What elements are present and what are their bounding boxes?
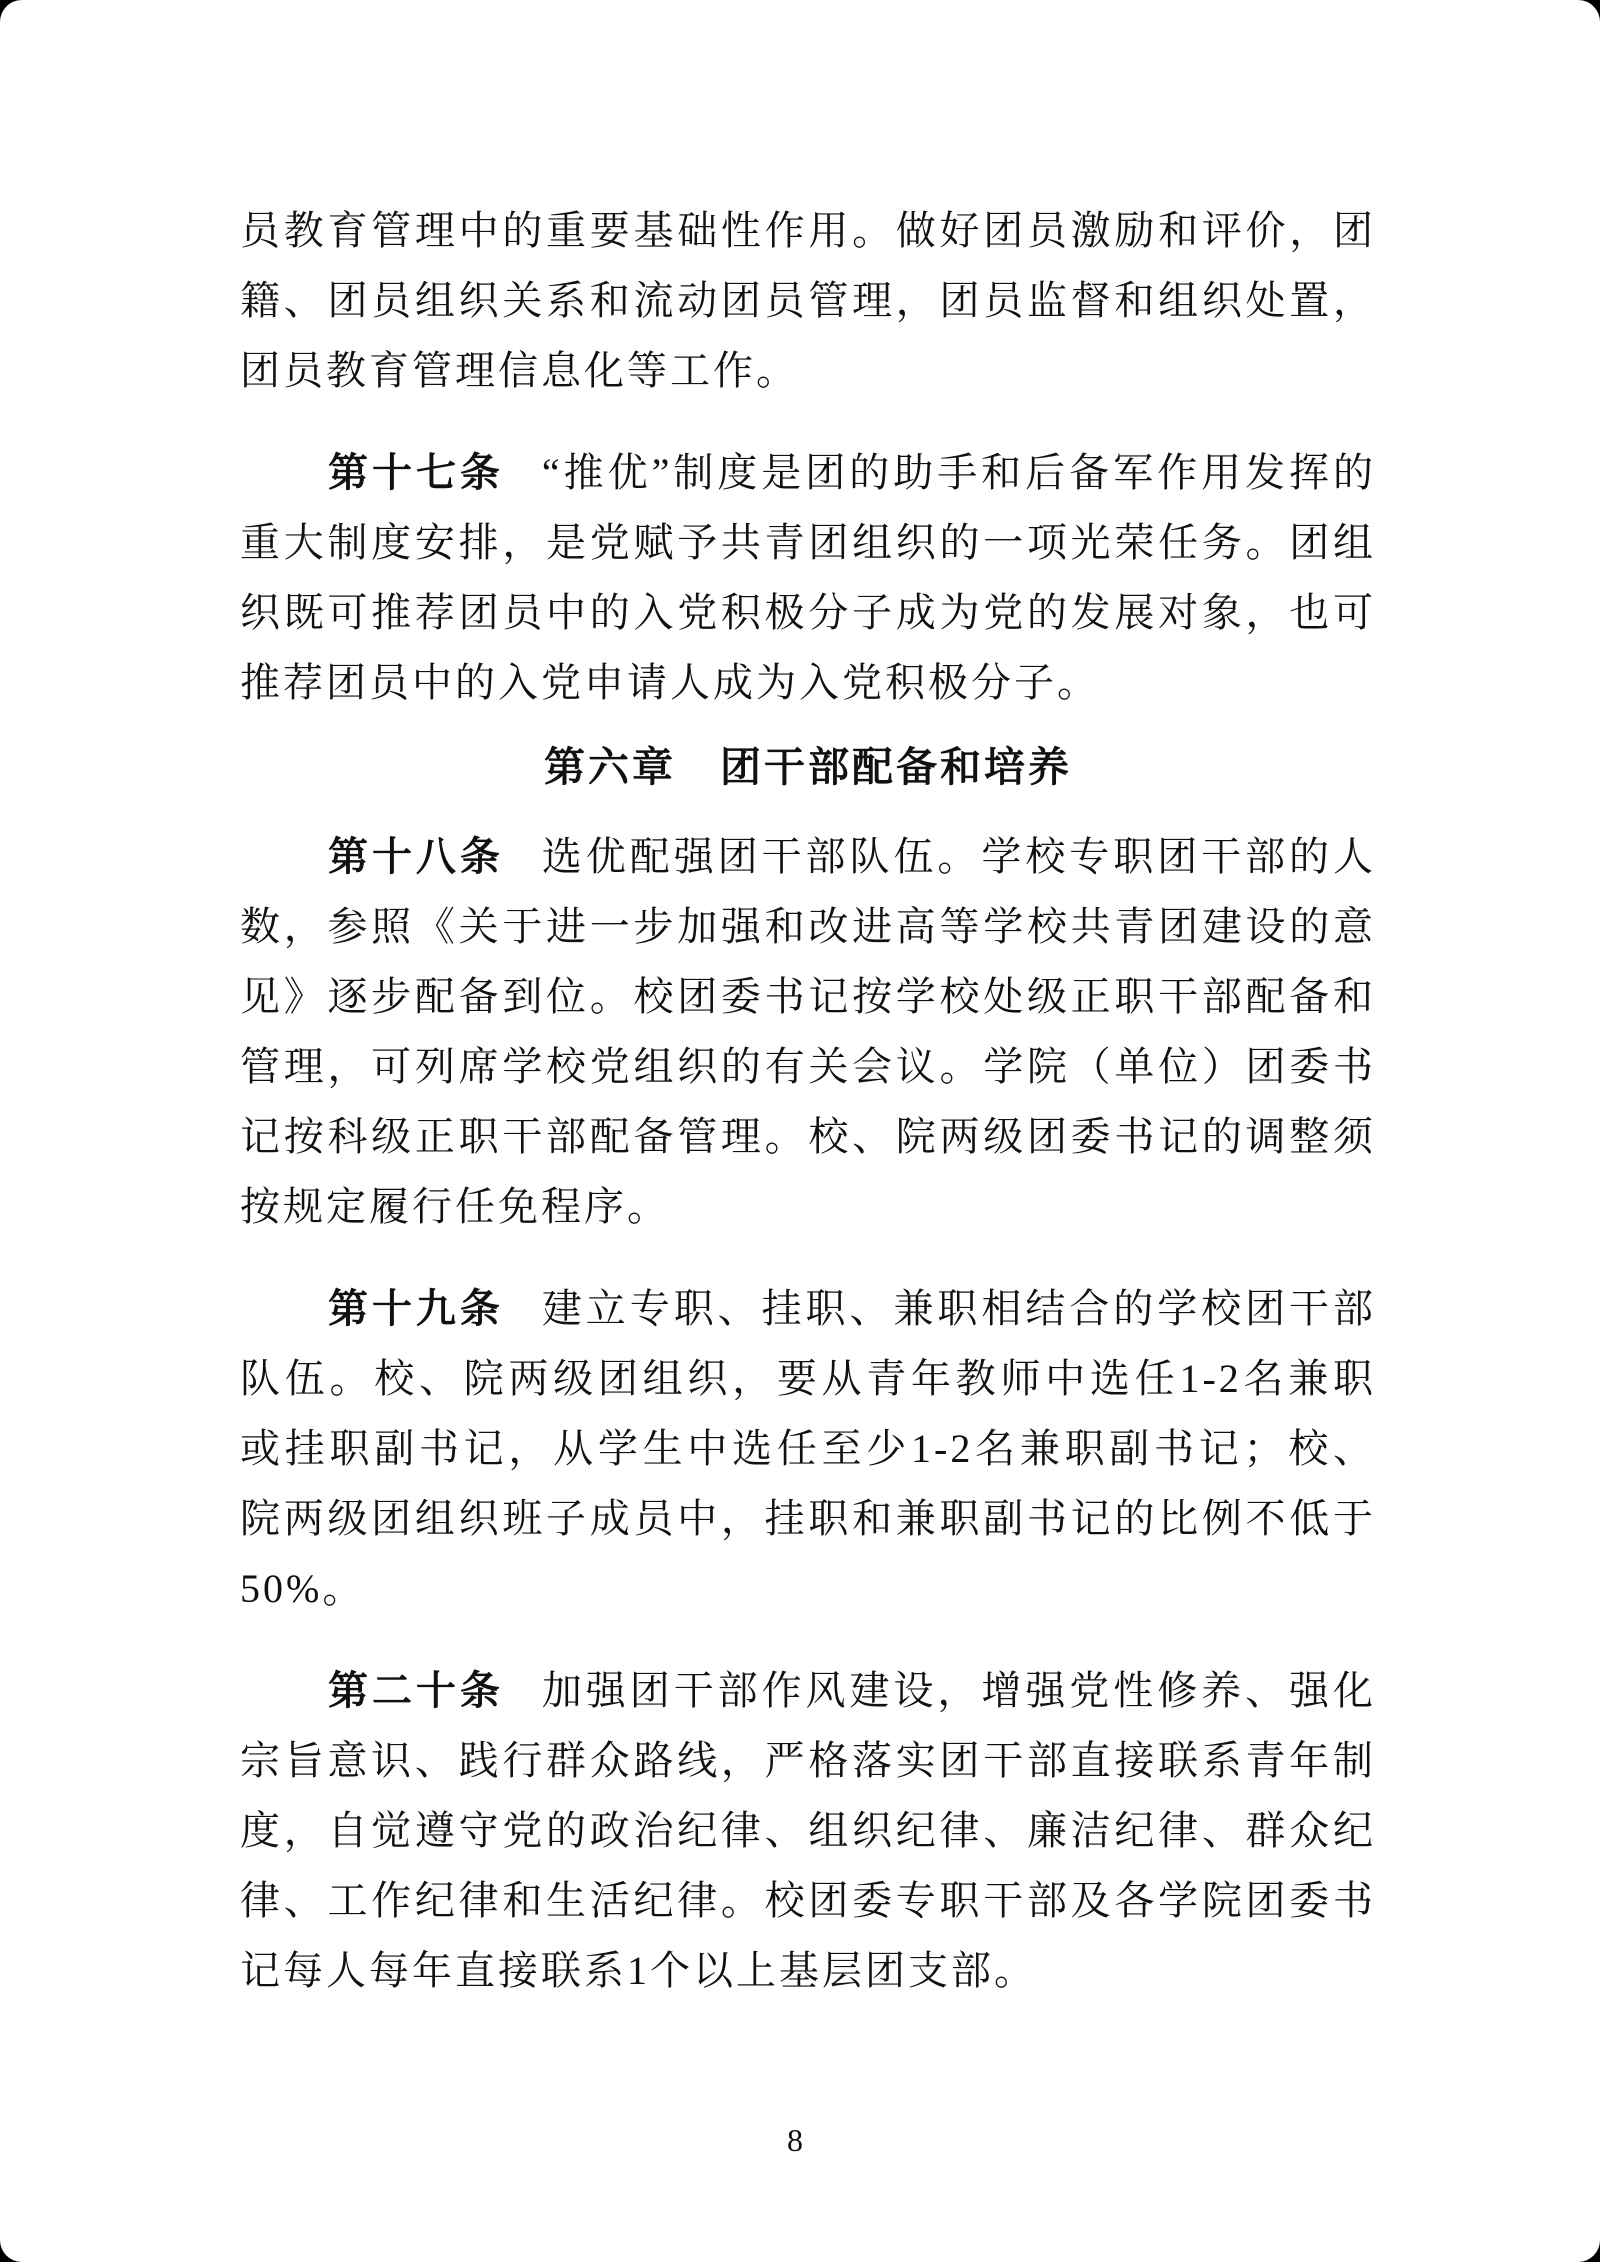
paragraph-text: 加强团干部作风建设，增强党性修养、强化宗旨意识、践行群众路线，严格落实团干部直接…: [240, 1668, 1376, 1993]
article-17-paragraph: 第十七条“推优”制度是团的助手和后备军作用发挥的重大制度安排，是党赋予共青团组织…: [240, 438, 1376, 718]
article-18-paragraph: 第十八条选优配强团干部队伍。学校专职团干部的人数，参照《关于进一步加强和改进高等…: [240, 822, 1376, 1242]
page-number: 8: [0, 2122, 1590, 2159]
paragraph-text: 建立专职、挂职、兼职相结合的学校团干部队伍。校、院两级团组织，要从青年教师中选任…: [240, 1286, 1376, 1611]
article-19-number: 第十九条: [328, 1287, 504, 1331]
article-20-paragraph: 第二十条加强团干部作风建设，增强党性修养、强化宗旨意识、践行群众路线，严格落实团…: [240, 1656, 1376, 2006]
chapter-6-heading: 第六章 团干部配备和培养: [240, 732, 1376, 802]
article-19-paragraph: 第十九条建立专职、挂职、兼职相结合的学校团干部队伍。校、院两级团组织，要从青年教…: [240, 1274, 1376, 1624]
paragraph-text: 选优配强团干部队伍。学校专职团干部的人数，参照《关于进一步加强和改进高等学校共青…: [240, 834, 1376, 1229]
article-18-number: 第十八条: [328, 835, 504, 879]
continuation-paragraph: 员教育管理中的重要基础性作用。做好团员激励和评价，团籍、团员组织关系和流动团员管…: [240, 196, 1376, 406]
article-17-number: 第十七条: [328, 451, 504, 495]
document-page: 员教育管理中的重要基础性作用。做好团员激励和评价，团籍、团员组织关系和流动团员管…: [0, 0, 1600, 2262]
document-body: 员教育管理中的重要基础性作用。做好团员激励和评价，团籍、团员组织关系和流动团员管…: [240, 196, 1376, 2006]
paragraph-text: 员教育管理中的重要基础性作用。做好团员激励和评价，团籍、团员组织关系和流动团员管…: [240, 208, 1376, 393]
article-20-number: 第二十条: [328, 1669, 504, 1713]
